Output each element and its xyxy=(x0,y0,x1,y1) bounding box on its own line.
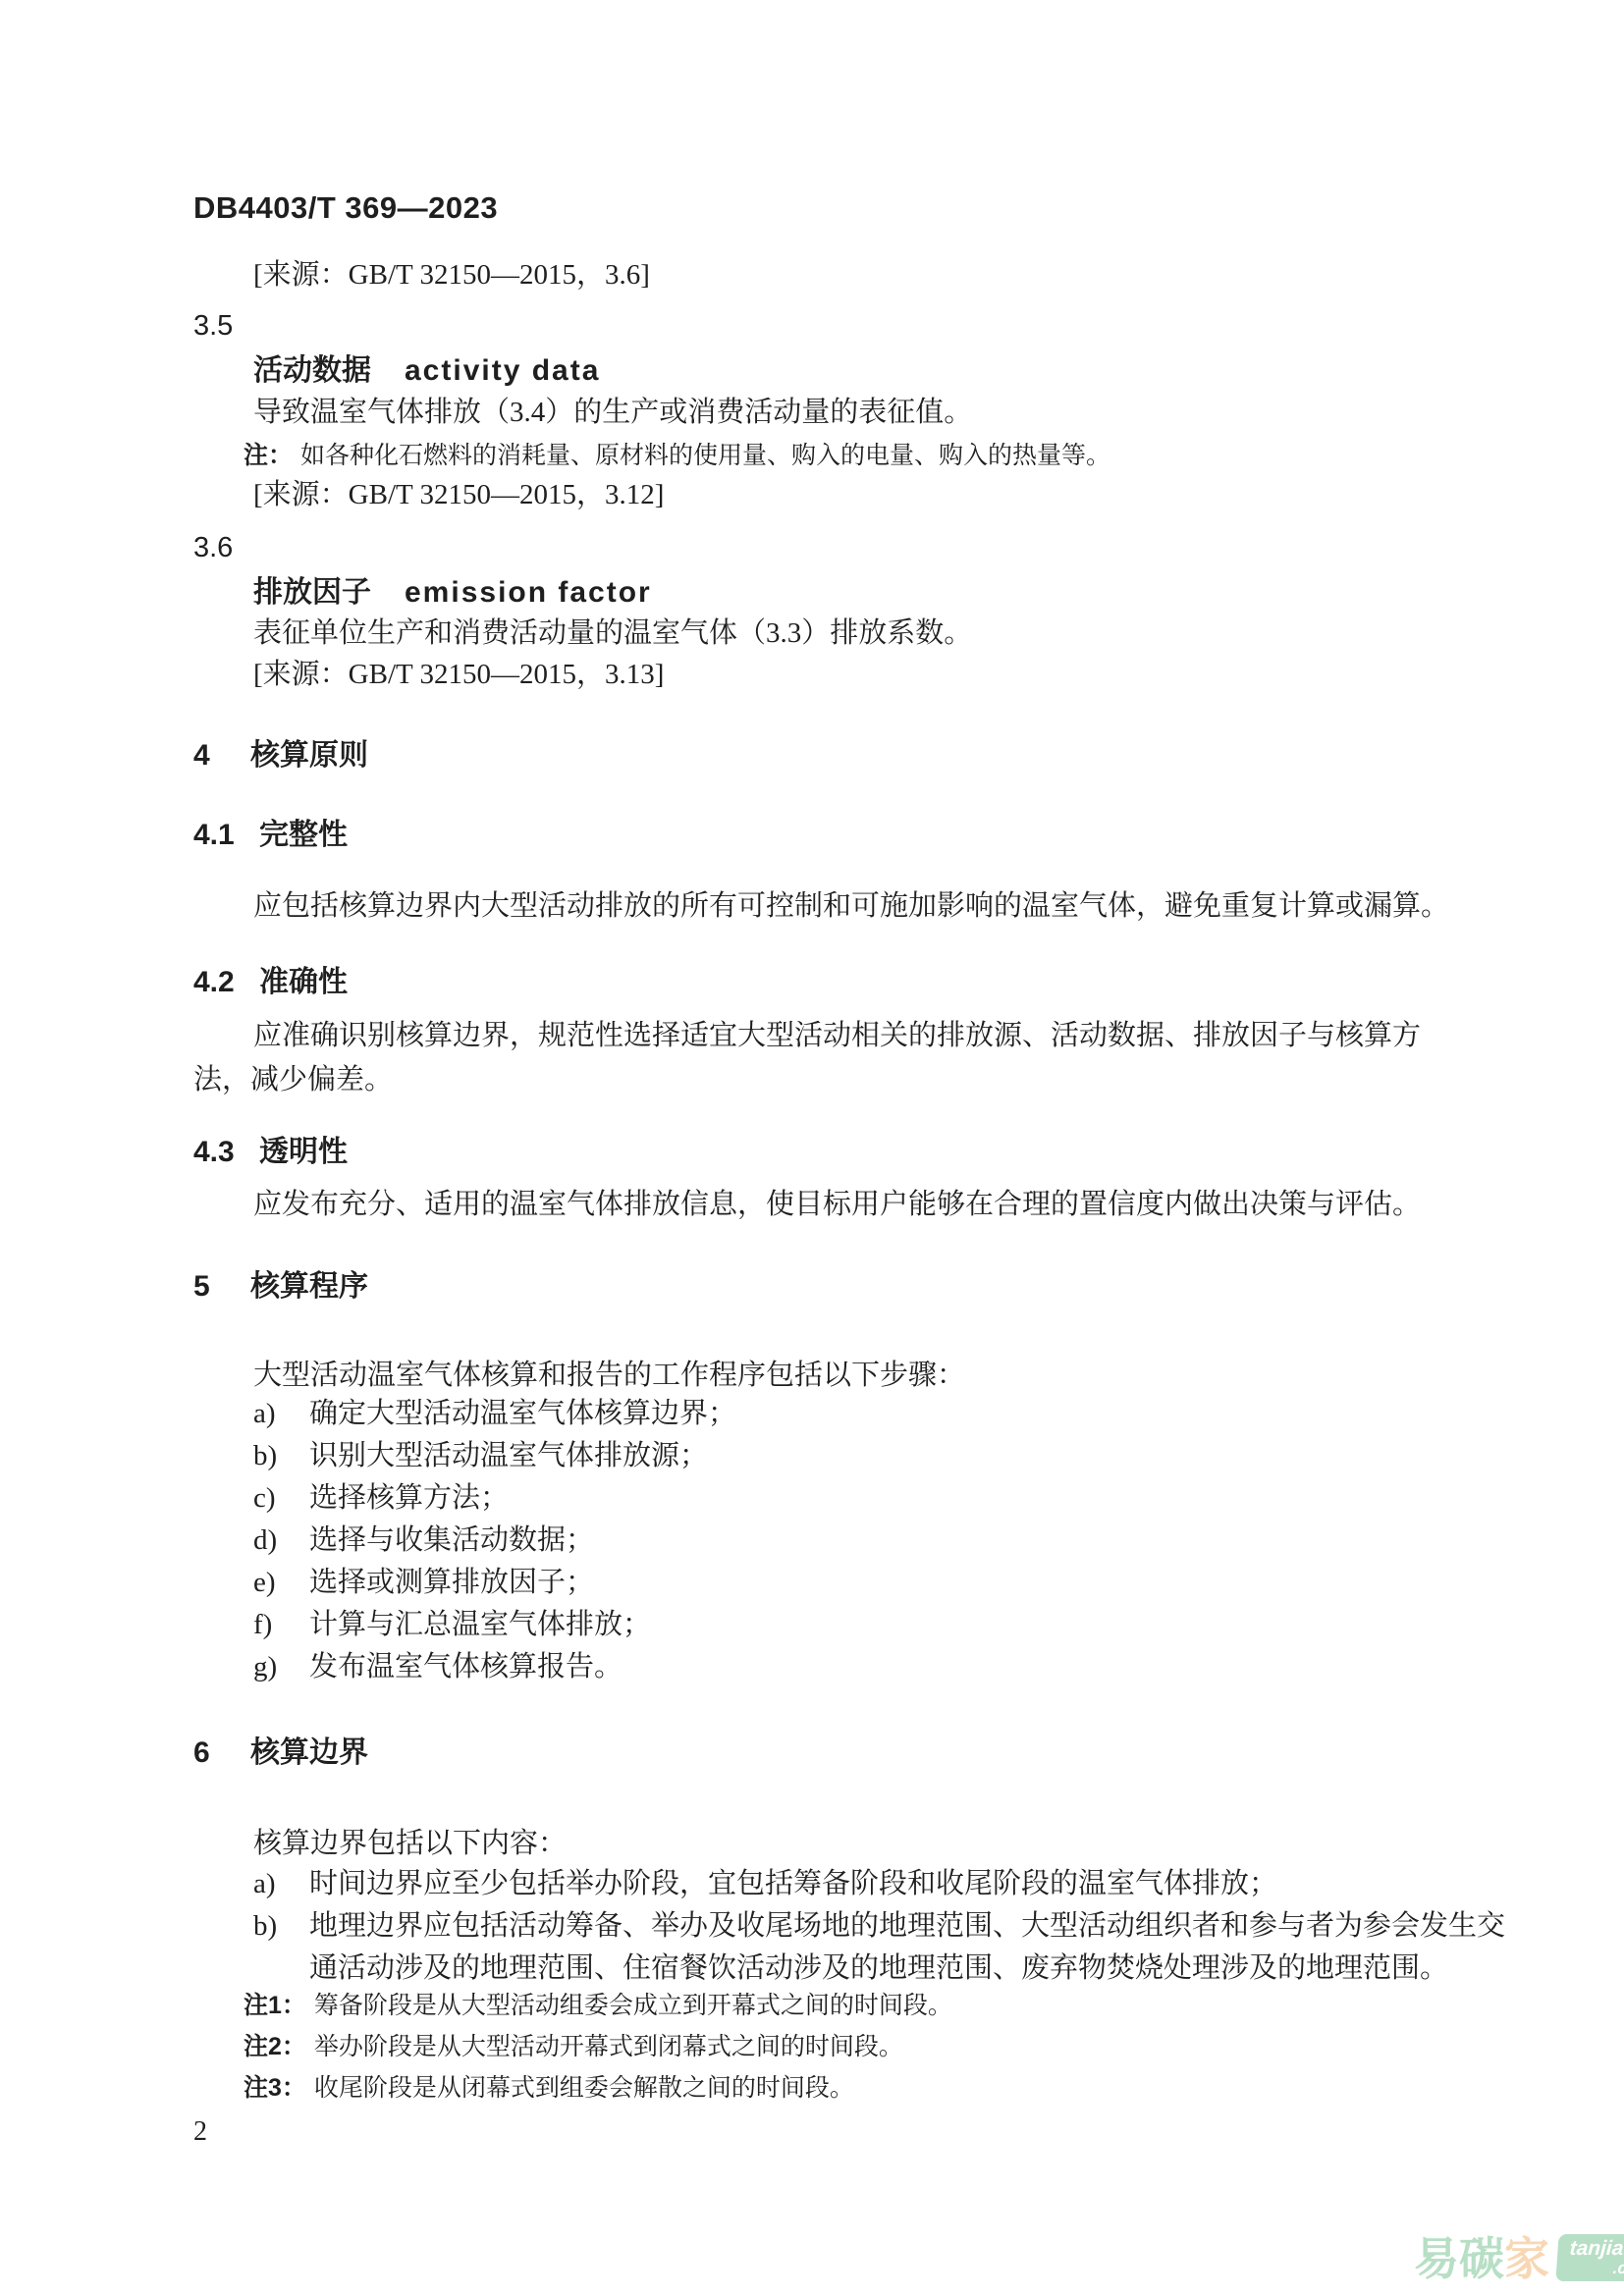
definition-3-6: 表征单位生产和消费活动量的温室气体（3.3）排放系数。 xyxy=(253,619,972,648)
heading-section-5: 5核算程序 xyxy=(193,1272,368,1302)
boundary-item-b: b)地理边界应包括活动筹备、举办及收尾场地的地理范围、大型活动组织者和参与者为参… xyxy=(253,1905,1505,1990)
paragraph-6-intro: 核算边界包括以下内容： xyxy=(253,1830,567,1858)
heading-section-4-2: 4.2准确性 xyxy=(193,968,348,997)
section-title: 核算程序 xyxy=(250,1270,368,1303)
source-line-3-6: [来源：GB/T 32150—2015，3.13] xyxy=(253,661,664,689)
note-3-5: 注：如各种化石燃料的消耗量、原材料的使用量、购入的电量、购入的热量等。 xyxy=(244,444,1110,468)
heading-section-4-1: 4.1完整性 xyxy=(193,821,348,850)
section-number: 4.3 xyxy=(193,1138,259,1167)
boundary-item-a: a)时间边界应至少包括举办阶段，宜包括筹备阶段和收尾阶段的温室气体排放； xyxy=(253,1870,1277,1898)
note-text: 筹备阶段是从大型活动组委会成立到开幕式之间的时间段。 xyxy=(314,1993,952,2019)
term-en: activity data xyxy=(405,354,600,387)
section-title: 核算边界 xyxy=(250,1736,368,1769)
list-item-label: a) xyxy=(253,1870,309,1898)
clause-number-3-6: 3.6 xyxy=(193,534,233,562)
term-en: emission factor xyxy=(405,576,652,609)
clause-number-3-5: 3.5 xyxy=(193,312,233,341)
term-zh: 活动数据 xyxy=(253,354,371,387)
term-3-5: 活动数据activity data xyxy=(253,356,600,386)
list-item-text: 计算与汇总温室气体排放； xyxy=(309,1611,651,1639)
badge-line1: tanjiaoyi xyxy=(1569,2238,1624,2260)
list-item-text: 发布温室气体核算报告。 xyxy=(309,1653,623,1682)
tanjiaoyi-watermark-logo: 易碳 家 tanjiaoyi .com xyxy=(1414,2234,1624,2281)
list-item-text: 确定大型活动温室气体核算边界； xyxy=(309,1400,736,1428)
list-item-text: 选择与收集活动数据； xyxy=(309,1526,594,1555)
note-item: 注1：筹备阶段是从大型活动组委会成立到开幕式之间的时间段。 xyxy=(244,1994,952,2018)
note-item: 注3：收尾阶段是从闭幕式到组委会解散之间的时间段。 xyxy=(244,2076,952,2101)
term-3-6: 排放因子emission factor xyxy=(253,578,652,608)
heading-section-4: 4核算原则 xyxy=(193,741,368,771)
brand-text-green: 易碳 xyxy=(1414,2236,1504,2281)
definition-3-5: 导致温室气体排放（3.4）的生产或消费活动量的表征值。 xyxy=(253,399,972,427)
section-title: 透明性 xyxy=(259,1136,348,1168)
note-label: 注2： xyxy=(244,2033,306,2060)
document-number-header: DB4403/T 369—2023 xyxy=(193,192,498,223)
boundary-notes: 注1：筹备阶段是从大型活动组委会成立到开幕式之间的时间段。 注2：举办阶段是从大… xyxy=(244,1994,952,2101)
heading-section-6: 6核算边界 xyxy=(193,1738,368,1768)
list-item-label: d) xyxy=(253,1526,309,1555)
note-text: 如各种化石燃料的消耗量、原材料的使用量、购入的电量、购入的热量等。 xyxy=(300,443,1110,469)
list-item-text: 选择核算方法； xyxy=(309,1484,509,1513)
list-item-text: 地理边界应包括活动筹备、举办及收尾场地的地理范围、大型活动组织者和参与者为参会发… xyxy=(309,1905,1505,1990)
section-title: 完整性 xyxy=(259,819,348,851)
note-text: 收尾阶段是从闭幕式到组委会解散之间的时间段。 xyxy=(314,2075,854,2102)
list-item-text: 识别大型活动温室气体排放源； xyxy=(309,1442,708,1470)
note-text: 举办阶段是从大型活动开幕式到闭幕式之间的时间段。 xyxy=(314,2034,903,2060)
list-item: g)发布温室气体核算报告。 xyxy=(253,1653,736,1682)
list-item: f)计算与汇总温室气体排放； xyxy=(253,1611,736,1639)
list-item-text: 时间边界应至少包括举办阶段，宜包括筹备阶段和收尾阶段的温室气体排放； xyxy=(309,1870,1277,1898)
list-item-label: f) xyxy=(253,1611,309,1639)
paragraph-4-2: 应准确识别核算边界，规范性选择适宜大型活动相关的排放源、活动数据、排放因子与核算… xyxy=(193,1014,1470,1102)
list-item-label: g) xyxy=(253,1653,309,1682)
paragraph-4-1: 应包括核算边界内大型活动排放的所有可控制和可施加影响的温室气体，避免重复计算或漏… xyxy=(253,892,1449,921)
brand-domain-badge: tanjiaoyi .com xyxy=(1555,2234,1624,2281)
list-item-label: b) xyxy=(253,1905,309,1990)
list-item: d)选择与收集活动数据； xyxy=(253,1526,736,1555)
list-item-label: e) xyxy=(253,1569,309,1597)
list-item-text: 选择或测算排放因子； xyxy=(309,1569,594,1597)
badge-line2: .com xyxy=(1568,2260,1624,2277)
heading-section-4-3: 4.3透明性 xyxy=(193,1138,348,1167)
brand-text-orange: 家 xyxy=(1504,2236,1549,2281)
paragraph-4-3: 应发布充分、适用的温室气体排放信息，使目标用户能够在合理的置信度内做出决策与评估… xyxy=(253,1191,1421,1219)
section-number: 4 xyxy=(193,741,250,771)
note-label: 注1： xyxy=(244,1992,306,2019)
section-title: 核算原则 xyxy=(250,739,368,772)
section-number: 5 xyxy=(193,1272,250,1302)
document-page: DB4403/T 369—2023 [来源：GB/T 32150—2015，3.… xyxy=(0,0,1624,2296)
section-title: 准确性 xyxy=(259,966,348,998)
list-item-label: b) xyxy=(253,1442,309,1470)
term-zh: 排放因子 xyxy=(253,576,371,609)
section-number: 4.2 xyxy=(193,968,259,997)
source-line-3-4: [来源：GB/T 32150—2015，3.6] xyxy=(253,261,650,290)
list-item-label: c) xyxy=(253,1484,309,1513)
paragraph-5-intro: 大型活动温室气体核算和报告的工作程序包括以下步骤： xyxy=(253,1362,965,1390)
source-line-3-5: [来源：GB/T 32150—2015，3.12] xyxy=(253,481,664,509)
section-number: 6 xyxy=(193,1738,250,1768)
list-item: e)选择或测算排放因子； xyxy=(253,1569,736,1597)
note-label: 注： xyxy=(244,442,293,469)
list-item: b)识别大型活动温室气体排放源； xyxy=(253,1442,736,1470)
note-item: 注2：举办阶段是从大型活动开幕式到闭幕式之间的时间段。 xyxy=(244,2035,952,2059)
list-item-label: a) xyxy=(253,1400,309,1428)
section-number: 4.1 xyxy=(193,821,259,850)
procedure-list: a)确定大型活动温室气体核算边界； b)识别大型活动温室气体排放源； c)选择核… xyxy=(253,1400,736,1682)
note-label: 注3： xyxy=(244,2074,306,2102)
list-item: a)确定大型活动温室气体核算边界； xyxy=(253,1400,736,1428)
page-number: 2 xyxy=(193,2118,207,2146)
list-item: c)选择核算方法； xyxy=(253,1484,736,1513)
